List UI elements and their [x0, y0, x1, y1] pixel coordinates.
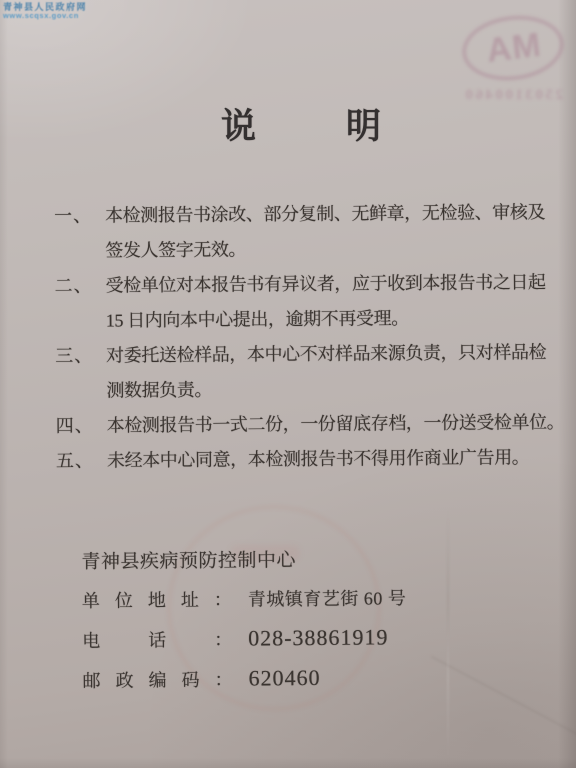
contact-info-block: 青神县疾病预防控制中心 单位地址： 青城镇育艺街 60 号 电话： 028-38…	[81, 546, 542, 694]
note-number: 二、	[43, 269, 106, 339]
note-text-line: 测数据负责。	[106, 370, 556, 409]
note-number: 五、	[45, 444, 107, 479]
note-text-line: 受检单位对本报告书有异议者，应于收到本报告书之日起	[105, 265, 555, 304]
address-row: 单位地址： 青城镇育艺街 60 号	[82, 585, 542, 614]
note-item-4: 四、 本检测报告书一式二份，一份留底存档，一份送受检单位。	[45, 405, 557, 444]
note-item-1: 一、 本检测报告书涂改、部分复制、无鲜章，无检验、审核及 签发人签字无效。	[43, 195, 556, 269]
scanned-document-page: 青神县人民政府网 www.scqsx.gov.cn MA 2503100460 …	[0, 0, 576, 768]
note-text-line: 未经本中心同意，本检测报告书不得用作商业广告用。	[107, 440, 557, 479]
note-text-line: 本检测报告书一式二份，一份留底存档，一份送受检单位。	[107, 405, 565, 444]
note-text-line: 本检测报告书涂改、部分复制、无鲜章，无检验、审核及	[105, 195, 555, 234]
title-char-second: 明	[346, 99, 381, 149]
organization-name: 青神县疾病预防控制中心	[81, 546, 541, 576]
stamp-certificate-number: 2503100460	[452, 87, 574, 104]
watermark-site-url: www.scqsx.gov.cn	[3, 12, 87, 21]
note-number: 三、	[44, 339, 107, 409]
phone-row: 电话： 028-38861919	[82, 623, 542, 654]
postal-code-label: 邮政编码：	[82, 668, 232, 694]
note-item-2: 二、 受检单位对本报告书有异议者，应于收到本报告书之日起 15 日内向本中心提出…	[43, 265, 556, 339]
note-item-5: 五、 未经本中心同意，本检测报告书不得用作商业广告用。	[45, 440, 557, 479]
website-watermark: 青神县人民政府网 www.scqsx.gov.cn	[3, 2, 87, 21]
paper-edge-shadow-bottom	[0, 758, 576, 768]
notes-list: 一、 本检测报告书涂改、部分复制、无鲜章，无检验、审核及 签发人签字无效。 二、…	[43, 195, 557, 479]
paper-edge-shadow-right	[558, 0, 576, 768]
note-text-line: 15 日内向本中心提出，逾期不再受理。	[106, 300, 556, 339]
stamp-ma-letters: MA	[483, 25, 542, 70]
document-title: 说 明	[221, 99, 381, 149]
phone-label: 电话：	[82, 628, 232, 654]
note-text-line: 签发人签字无效。	[105, 230, 555, 269]
phone-value: 028-38861919	[248, 624, 389, 650]
paper-edge-shadow-left	[0, 0, 8, 768]
title-char-first: 说	[221, 99, 256, 149]
postal-code-row: 邮政编码： 620460	[82, 663, 542, 694]
note-text-line: 对委托送检样品，本中心不对样品来源负责，只对样品检	[106, 335, 556, 374]
address-value: 青城镇育艺街 60 号	[248, 586, 407, 612]
postal-code-value: 620460	[248, 665, 320, 691]
note-number: 一、	[43, 199, 106, 269]
note-number: 四、	[45, 409, 107, 444]
address-label: 单位地址：	[82, 588, 232, 614]
note-item-3: 三、 对委托送检样品，本中心不对样品来源负责，只对样品检 测数据负责。	[44, 335, 557, 409]
cma-stamp-bleedthrough: MA 2503100460	[452, 16, 574, 104]
stamp-oval-outline: MA	[458, 10, 567, 86]
